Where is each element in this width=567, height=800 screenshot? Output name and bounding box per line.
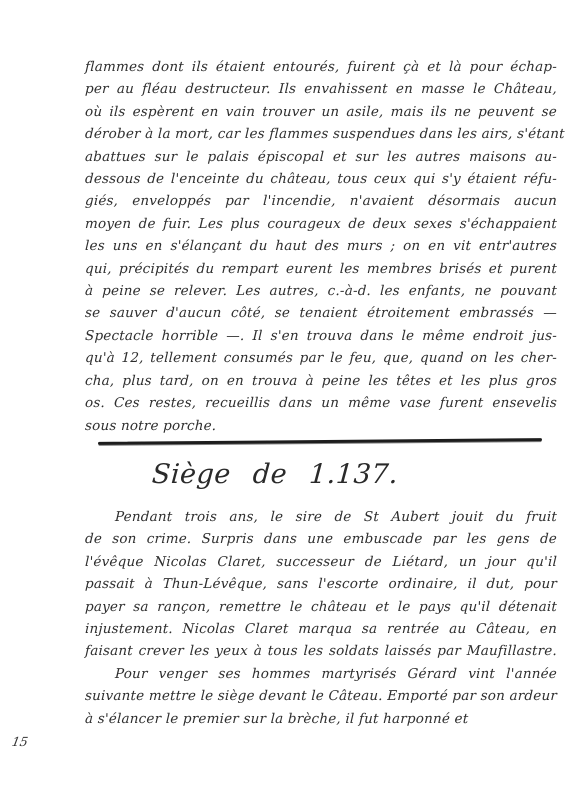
- manuscript-line: à peine se relever. Les autres, c.-à-d. …: [85, 280, 558, 302]
- manuscript-line: Pendant trois ans, le sire de St Aubert …: [85, 506, 558, 528]
- manuscript-line: les uns en s'élançant du haut des murs ;…: [85, 235, 558, 257]
- manuscript-line: abattues sur le palais épiscopal et sur …: [85, 146, 558, 168]
- manuscript-line: os. Ces restes, recueillis dans un même …: [85, 392, 558, 414]
- divider-rule: [98, 438, 542, 444]
- paragraph-fire-account: flammes dont ils étaient entourés, fuire…: [85, 56, 557, 437]
- manuscript-line: dérober à la mort, car les flammes suspe…: [85, 123, 558, 145]
- manuscript-line: sous notre porche.: [85, 415, 558, 437]
- manuscript-line: per au fléau destructeur. Ils envahissen…: [85, 78, 558, 100]
- manuscript-line: faisant crever les yeux à tous les solda…: [85, 640, 558, 662]
- manuscript-line: Pour venger ses hommes martyrisés Gérard…: [85, 663, 558, 685]
- page-number: 15: [11, 734, 30, 749]
- manuscript-line: qui, précipités du rempart eurent les me…: [85, 258, 558, 280]
- manuscript-line: où ils espèrent en vain trouver un asile…: [85, 101, 558, 123]
- section-heading: Siège de 1.137.: [128, 452, 421, 498]
- manuscript-page: flammes dont ils étaient entourés, fuire…: [0, 0, 567, 800]
- manuscript-line: cha, plus tard, on en trouva à peine les…: [85, 370, 558, 392]
- manuscript-line: qu'à 12, tellement consumés par le feu, …: [85, 347, 558, 369]
- manuscript-line: se sauver d'aucun côté, se tenaient étro…: [85, 302, 558, 324]
- manuscript-line: dessous de l'enceinte du château, tous c…: [85, 168, 558, 190]
- paragraph-siege-account: Pendant trois ans, le sire de St Aubert …: [85, 506, 557, 730]
- manuscript-line: Spectacle horrible —. Il s'en trouva dan…: [85, 325, 558, 347]
- manuscript-line: flammes dont ils étaient entourés, fuire…: [85, 56, 558, 78]
- manuscript-line: l'évêque Nicolas Claret, successeur de L…: [85, 551, 558, 573]
- manuscript-line: giés, enveloppés par l'incendie, n'avaie…: [85, 190, 558, 212]
- manuscript-line: injustement. Nicolas Claret marqua sa re…: [85, 618, 558, 640]
- manuscript-line: payer sa rançon, remettre le château et …: [85, 596, 558, 618]
- manuscript-line: de son crime. Surpris dans une embuscade…: [85, 528, 558, 550]
- manuscript-line: à s'élancer le premier sur la brèche, il…: [85, 708, 558, 730]
- manuscript-line: suivante mettre le siège devant le Câtea…: [85, 685, 558, 707]
- manuscript-line: moyen de fuir. Les plus courageux de deu…: [85, 213, 558, 235]
- manuscript-line: passait à Thun-Lévêque, sans l'escorte o…: [85, 573, 558, 595]
